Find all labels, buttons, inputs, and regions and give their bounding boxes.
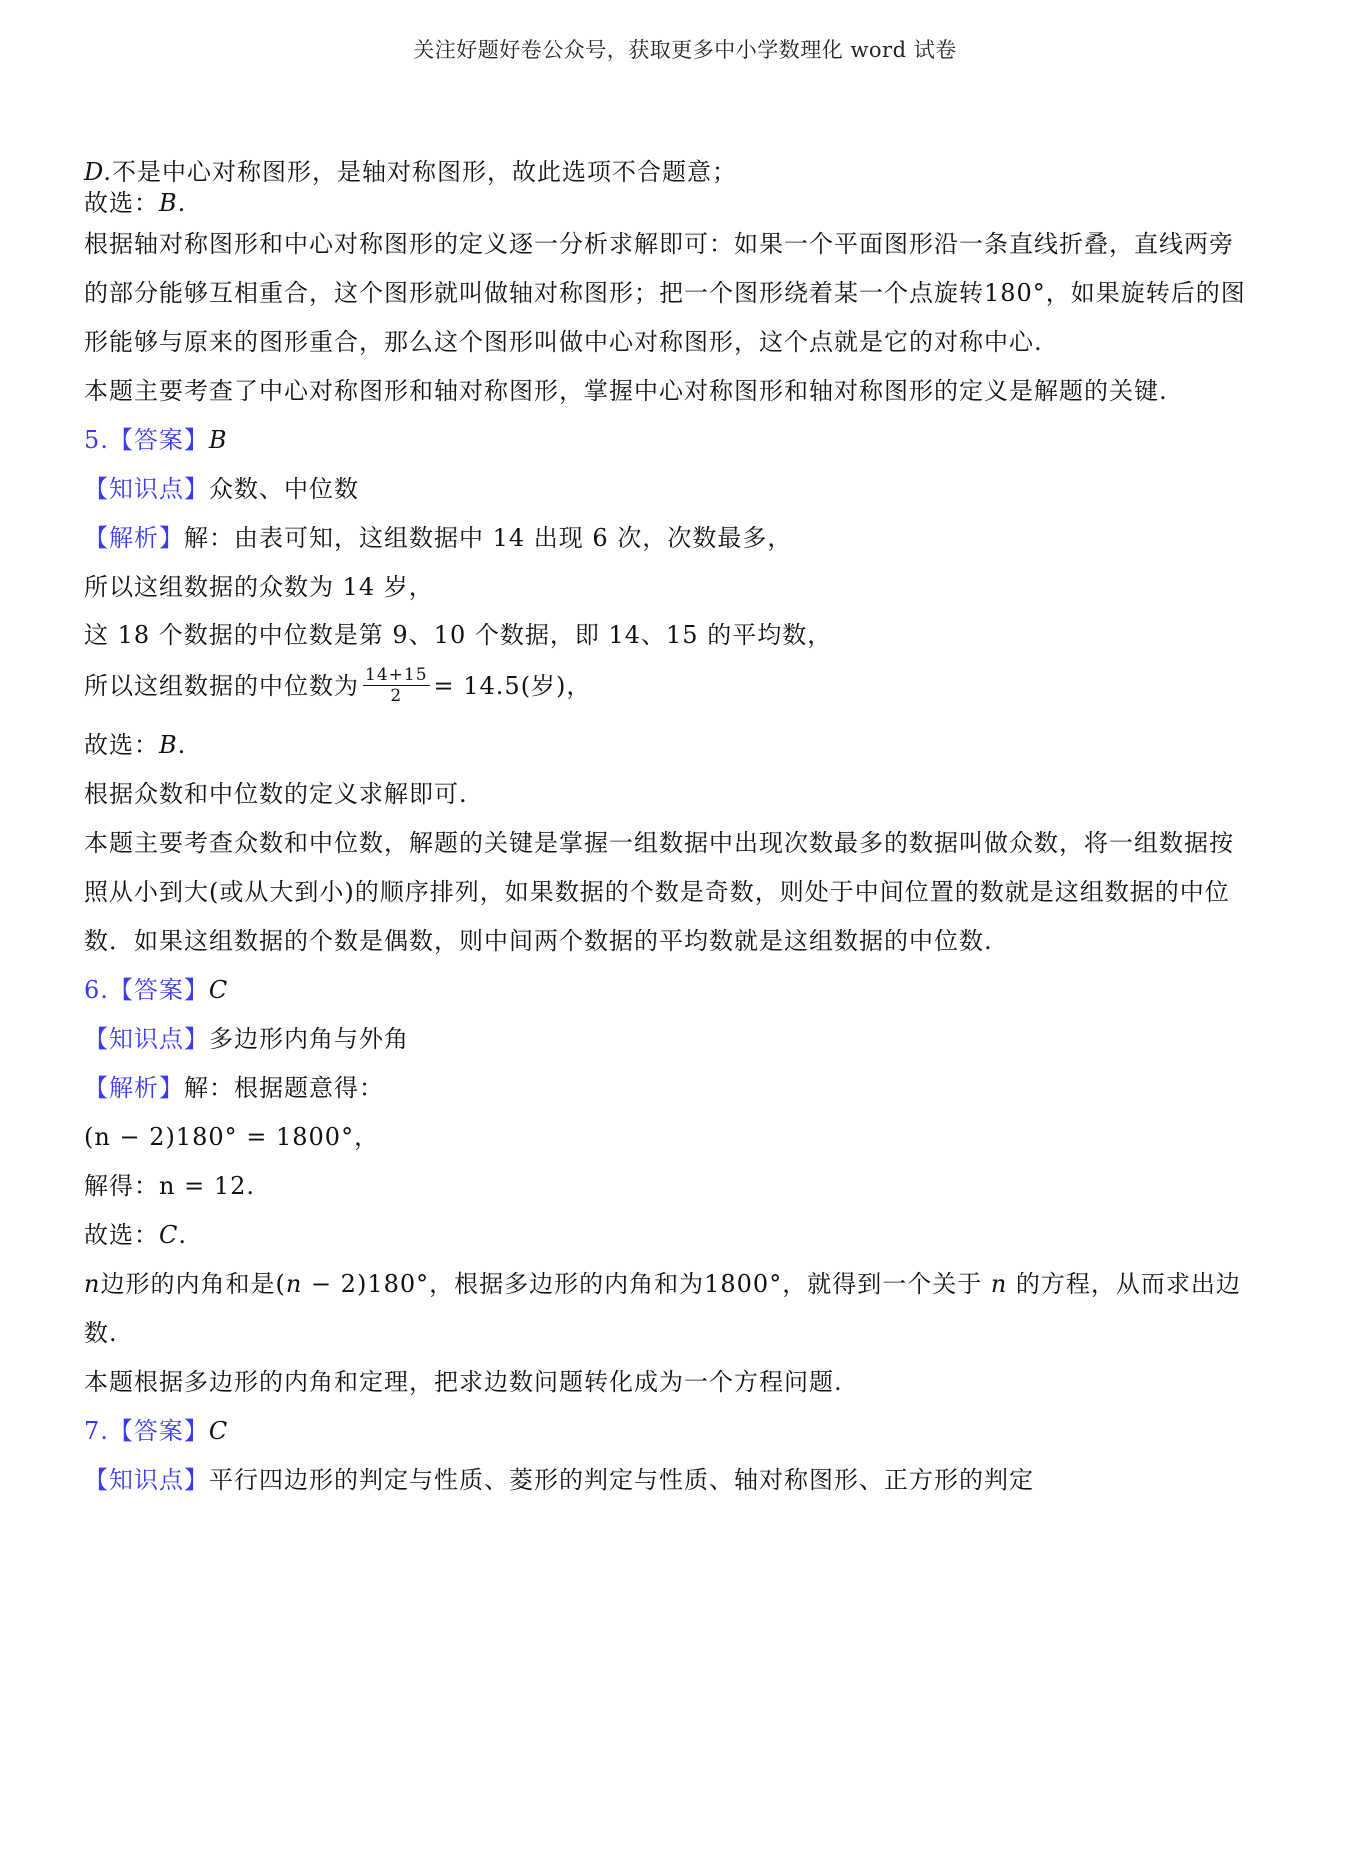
q5-knowledge-line: 【知识点】众数、中位数 <box>84 472 359 506</box>
fraction: 14+152 <box>363 665 430 706</box>
analysis-line: 所以这组数据的众数为 14 岁， <box>84 570 434 604</box>
method-text: − 2)180°，根据多边形的内角和为1800°，就得到一个关于 <box>302 1270 991 1298</box>
knowledge-text: 平行四边形的判定与性质、菱形的判定与性质、轴对称图形、正方形的判定 <box>209 1466 1034 1494</box>
q7-number: 7. <box>84 1417 109 1445</box>
analysis-text: 解：根据题意得： <box>184 1074 384 1102</box>
method-line: n边形的内角和是(n − 2)180°，根据多边形的内角和为1800°，就得到一… <box>84 1267 1241 1301</box>
q5-answer-line: 5.【答案】B <box>84 423 228 457</box>
comment-line: 数．如果这组数据的个数是偶数，则中间两个数据的平均数就是这组数据的中位数. <box>84 924 993 958</box>
q5-answer: B <box>209 426 228 454</box>
choose-prefix: 故选： <box>84 731 159 759</box>
fraction-numerator: 14+15 <box>363 665 430 686</box>
variable-n: n <box>286 1270 302 1298</box>
q5-analysis-line: 【解析】解：由表可知，这组数据中 14 出现 6 次，次数最多， <box>84 521 792 555</box>
comment-line: 照从小到大(或从大到小)的顺序排列，如果数据的个数是奇数，则处于中间位置的数就是… <box>84 875 1230 909</box>
analysis-line: 根据轴对称图形和中心对称图形的定义逐一分析求解即可：如果一个平面图形沿一条直线折… <box>84 227 1234 261</box>
analysis-line: 形能够与原来的图形重合，那么这个图形叫做中心对称图形，这个点就是它的对称中心. <box>84 325 1043 359</box>
q6-knowledge-line: 【知识点】多边形内角与外角 <box>84 1022 409 1056</box>
solve-prefix: 解得： <box>84 1172 159 1200</box>
option-letter: D. <box>84 158 112 186</box>
q6-answer-line: 6.【答案】C <box>84 973 228 1007</box>
answer-label: 【答案】 <box>109 426 209 454</box>
formula-prefix: 所以这组数据的中位数为 <box>84 672 359 700</box>
analysis-text: 解：由表可知，这组数据中 14 出现 6 次，次数最多， <box>184 524 792 552</box>
equation-line: (n − 2)180° = 1800°， <box>84 1120 379 1154</box>
choose-line: 故选：C. <box>84 1218 187 1252</box>
variable-n: n <box>84 1270 100 1298</box>
formula-suffix: = 14.5(岁)， <box>434 672 592 700</box>
knowledge-label: 【知识点】 <box>84 475 209 503</box>
choose-prefix: 故选： <box>84 1221 159 1249</box>
choose-line: 故选：B. <box>84 186 186 220</box>
choose-suffix: . <box>178 1221 187 1249</box>
method-text: 边形的内角和是( <box>100 1270 285 1298</box>
method-line: 数. <box>84 1316 118 1350</box>
choose-answer: B <box>159 189 178 217</box>
choose-answer: C <box>159 1221 178 1249</box>
solve-result: n = 12. <box>159 1172 255 1200</box>
q6-answer: C <box>209 976 228 1004</box>
q7-answer: C <box>209 1417 228 1445</box>
method-text: 的方程，从而求出边 <box>1007 1270 1241 1298</box>
answer-label: 【答案】 <box>109 976 209 1004</box>
q7-knowledge-line: 【知识点】平行四边形的判定与性质、菱形的判定与性质、轴对称图形、正方形的判定 <box>84 1463 1034 1497</box>
q7-answer-line: 7.【答案】C <box>84 1414 228 1448</box>
knowledge-text: 众数、中位数 <box>209 475 359 503</box>
analysis-label: 【解析】 <box>84 524 184 552</box>
knowledge-text: 多边形内角与外角 <box>209 1025 409 1053</box>
q5-number: 5. <box>84 426 109 454</box>
option-d-line: D.不是中心对称图形，是轴对称图形，故此选项不合题意； <box>84 155 737 189</box>
q6-analysis-line: 【解析】解：根据题意得： <box>84 1071 384 1105</box>
comment-line: 本题主要考查众数和中位数，解题的关键是掌握一组数据中出现次数最多的数据叫做众数，… <box>84 826 1234 860</box>
solve-line: 解得：n = 12. <box>84 1169 255 1203</box>
analysis-label: 【解析】 <box>84 1074 184 1102</box>
knowledge-label: 【知识点】 <box>84 1025 209 1053</box>
fraction-denominator: 2 <box>363 686 430 706</box>
comment-line: 本题主要考查了中心对称图形和轴对称图形，掌握中心对称图形和轴对称图形的定义是解题… <box>84 374 1168 408</box>
choose-line: 故选：B. <box>84 728 186 762</box>
analysis-line: 的部分能够互相重合，这个图形就叫做轴对称图形；把一个图形绕着某一个点旋转180°… <box>84 276 1246 310</box>
option-text: 不是中心对称图形，是轴对称图形，故此选项不合题意； <box>112 158 737 186</box>
choose-answer: B <box>159 731 178 759</box>
analysis-line: 这 18 个数据的中位数是第 9、10 个数据，即 14、15 的平均数， <box>84 618 832 652</box>
answer-label: 【答案】 <box>109 1417 209 1445</box>
choose-prefix: 故选： <box>84 189 159 217</box>
choose-suffix: . <box>178 731 187 759</box>
knowledge-label: 【知识点】 <box>84 1466 209 1494</box>
variable-n: n <box>991 1270 1007 1298</box>
method-line: 根据众数和中位数的定义求解即可. <box>84 777 468 811</box>
choose-suffix: . <box>178 189 187 217</box>
median-formula-line: 所以这组数据的中位数为14+152= 14.5(岁)， <box>84 667 591 708</box>
comment-line: 本题根据多边形的内角和定理，把求边数问题转化成为一个方程问题. <box>84 1365 843 1399</box>
page-header: 关注好题好卷公众号，获取更多中小学数理化 word 试卷 <box>0 34 1370 64</box>
q6-number: 6. <box>84 976 109 1004</box>
